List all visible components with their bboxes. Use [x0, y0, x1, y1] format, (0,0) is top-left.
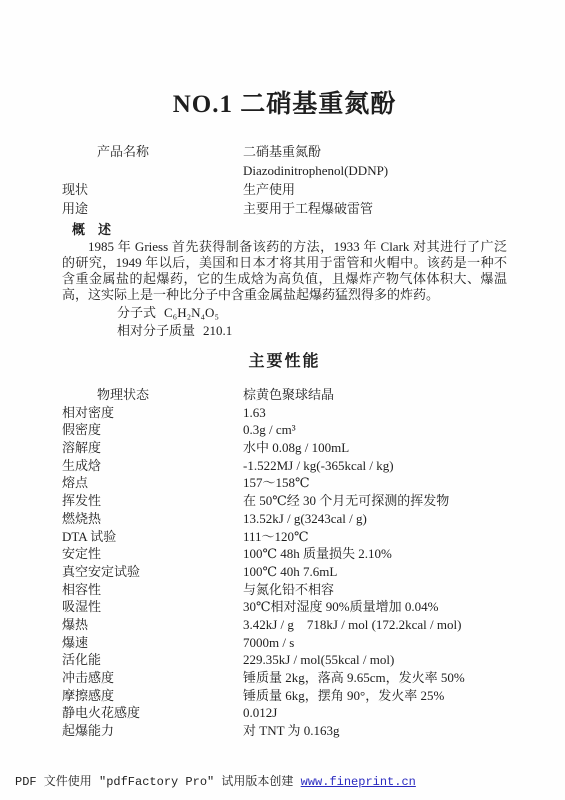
- property-label: 真空安定试验: [62, 563, 243, 581]
- property-value: 与氮化铅不相容: [243, 581, 507, 599]
- formula-label: 分子式: [117, 305, 156, 320]
- property-value: 水中 0.08g / 100mL: [243, 439, 507, 457]
- property-value: 13.52kJ / g(3243cal / g): [243, 510, 507, 528]
- info-value: 二硝基重氮酚: [243, 142, 507, 161]
- table-row: 挥发性 在 50℃经 30 个月无可探测的挥发物: [62, 492, 507, 510]
- formula-value: C₆H₂N₄O₅: [164, 305, 219, 320]
- property-label: 起爆能力: [62, 722, 243, 740]
- table-row: 安定性 100℃ 48h 质量损失 2.10%: [62, 545, 507, 563]
- table-row: 假密度 0.3g / cm³: [62, 421, 507, 439]
- table-row: 静电火花感度 0.012J: [62, 704, 507, 722]
- property-value: -1.522MJ / kg(-365kcal / kg): [243, 457, 507, 475]
- property-value: 1.63: [243, 404, 507, 422]
- property-label: 相对密度: [62, 404, 243, 422]
- property-value: 锤质量 6kg，摆角 90°，发火率 25%: [243, 687, 507, 705]
- info-value: Diazodinitrophenol(DDNP): [243, 161, 507, 180]
- table-row: 吸湿性 30℃相对湿度 90%质量增加 0.04%: [62, 598, 507, 616]
- property-value: 229.35kJ / mol(55kcal / mol): [243, 651, 507, 669]
- table-row: 活化能 229.35kJ / mol(55kcal / mol): [62, 651, 507, 669]
- properties-heading: 主要性能: [62, 352, 507, 372]
- table-row: 冲击感度 锤质量 2kg，落高 9.65cm，发火率 50%: [62, 669, 507, 687]
- table-row: 相对密度 1.63: [62, 404, 507, 422]
- mol-weight-value: 210.1: [203, 323, 232, 338]
- property-label: 静电火花感度: [62, 704, 243, 722]
- property-label: 相容性: [62, 581, 243, 599]
- property-label: 摩擦感度: [62, 687, 243, 705]
- property-value: 对 TNT 为 0.163g: [243, 722, 507, 740]
- table-row: 起爆能力 对 TNT 为 0.163g: [62, 722, 507, 740]
- molecular-formula-line: 分子式C₆H₂N₄O₅: [62, 305, 507, 321]
- info-row-english-name: Diazodinitrophenol(DDNP): [62, 161, 507, 180]
- info-label: 现状: [62, 180, 243, 199]
- product-info-section: 产品名称 二硝基重氮酚 Diazodinitrophenol(DDNP) 现状 …: [62, 142, 507, 218]
- property-value: 30℃相对湿度 90%质量增加 0.04%: [243, 598, 507, 616]
- overview-paragraph: 1985 年 Griess 首先获得制备该药的方法，1933 年 Clark 对…: [62, 239, 507, 303]
- property-label: 活化能: [62, 651, 243, 669]
- table-row: 相容性 与氮化铅不相容: [62, 581, 507, 599]
- table-row: 生成焓 -1.522MJ / kg(-365kcal / kg): [62, 457, 507, 475]
- mol-weight-label: 相对分子质量: [117, 323, 195, 338]
- properties-table: 物理状态 棕黄色聚球结晶 相对密度 1.63 假密度 0.3g / cm³ 溶解…: [62, 386, 507, 740]
- pdf-watermark-footer: PDF 文件使用 "pdfFactory Pro" 试用版本创建 www.fin…: [15, 772, 416, 789]
- property-label: 冲击感度: [62, 669, 243, 687]
- property-value: 157～158℃: [243, 474, 507, 492]
- overview-heading: 概 述: [62, 221, 507, 238]
- property-label: 熔点: [62, 474, 243, 492]
- footer-text: PDF 文件使用 "pdfFactory Pro" 试用版本创建: [15, 775, 293, 789]
- info-row-usage: 用途 主要用于工程爆破雷管: [62, 199, 507, 218]
- fineprint-link[interactable]: www.fineprint.cn: [301, 775, 416, 789]
- table-row: 燃烧热 13.52kJ / g(3243cal / g): [62, 510, 507, 528]
- property-label: 安定性: [62, 545, 243, 563]
- page-title: NO.1 二硝基重氮酚: [62, 0, 507, 120]
- property-label: 物理状态: [62, 386, 243, 404]
- property-value: 0.012J: [243, 704, 507, 722]
- table-row: 爆速 7000m / s: [62, 634, 507, 652]
- info-value: 生产使用: [243, 180, 507, 199]
- property-value: 0.3g / cm³: [243, 421, 507, 439]
- property-label: 燃烧热: [62, 510, 243, 528]
- property-label: 吸湿性: [62, 598, 243, 616]
- property-value: 锤质量 2kg，落高 9.65cm，发火率 50%: [243, 669, 507, 687]
- table-row: 真空安定试验 100℃ 40h 7.6mL: [62, 563, 507, 581]
- table-row: 溶解度 水中 0.08g / 100mL: [62, 439, 507, 457]
- molecular-weight-line: 相对分子质量210.1: [62, 323, 507, 339]
- table-row: 爆热 3.42kJ / g 718kJ / mol (172.2kcal / m…: [62, 616, 507, 634]
- info-row-product-name: 产品名称 二硝基重氮酚: [62, 142, 507, 161]
- property-value: 在 50℃经 30 个月无可探测的挥发物: [243, 492, 507, 510]
- property-value: 111～120℃: [243, 528, 507, 546]
- document-page: NO.1 二硝基重氮酚 产品名称 二硝基重氮酚 Diazodinitrophen…: [0, 0, 565, 740]
- property-value: 棕黄色聚球结晶: [243, 386, 507, 404]
- info-value: 主要用于工程爆破雷管: [243, 199, 507, 218]
- property-label: DTA 试验: [62, 528, 243, 546]
- property-label: 爆速: [62, 634, 243, 652]
- info-label: 产品名称: [62, 142, 243, 161]
- info-label: [62, 161, 243, 180]
- property-label: 生成焓: [62, 457, 243, 475]
- property-value: 100℃ 40h 7.6mL: [243, 563, 507, 581]
- property-label: 挥发性: [62, 492, 243, 510]
- info-row-status: 现状 生产使用: [62, 180, 507, 199]
- info-label: 用途: [62, 199, 243, 218]
- table-row: 摩擦感度 锤质量 6kg，摆角 90°，发火率 25%: [62, 687, 507, 705]
- property-value: 100℃ 48h 质量损失 2.10%: [243, 545, 507, 563]
- property-label: 爆热: [62, 616, 243, 634]
- property-value: 3.42kJ / g 718kJ / mol (172.2kcal / mol): [243, 616, 507, 634]
- table-row: 熔点 157～158℃: [62, 474, 507, 492]
- table-row: DTA 试验 111～120℃: [62, 528, 507, 546]
- property-label: 溶解度: [62, 439, 243, 457]
- property-label: 假密度: [62, 421, 243, 439]
- property-value: 7000m / s: [243, 634, 507, 652]
- table-row: 物理状态 棕黄色聚球结晶: [62, 386, 507, 404]
